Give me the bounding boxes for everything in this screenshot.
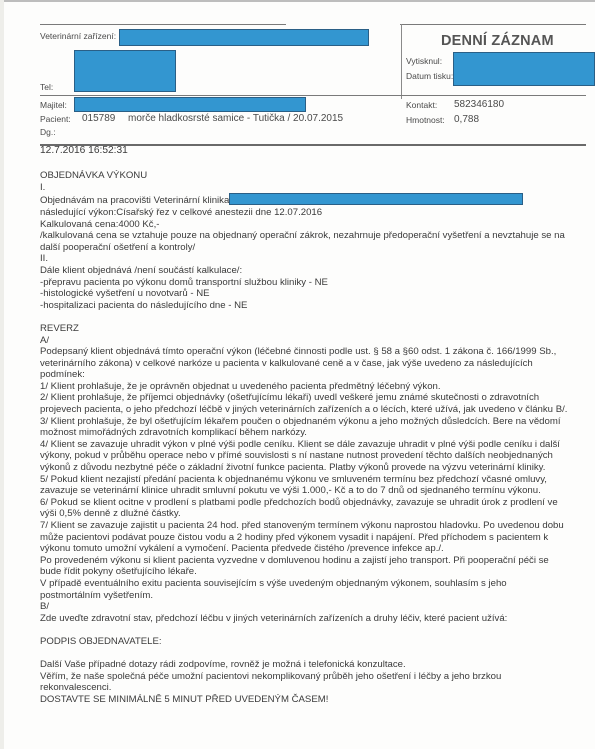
signature-label: PODPIS OBJEDNAVATELE: (40, 636, 570, 648)
owner-redaction (74, 97, 306, 112)
extra-item: -hospitalizaci pacienta do následujícího… (40, 300, 570, 312)
printed-by-label: Vytisknul: (406, 56, 442, 66)
patient-description: morče hladkosrsté samice - Tutička / 20.… (128, 113, 343, 124)
condition-item: V případě eventuálního exitu pacienta so… (40, 578, 570, 601)
closing-line: Věřím, že naše společná péče umožní paci… (40, 671, 570, 694)
vet-facility-redaction (119, 29, 369, 46)
condition-item: 6/ Pokud se klient ocitne v prodlení s p… (40, 497, 570, 520)
clinic-name-redaction (229, 193, 523, 205)
header-top-rule (40, 24, 286, 25)
page-edge (0, 0, 595, 2)
order-line-text: Objednávám na pracovišti Veterinární kli… (40, 195, 229, 206)
procedure-line: následující výkon:Císařský řez v celkové… (40, 207, 570, 219)
order-heading: OBJEDNÁVKA VÝKONU (40, 170, 570, 182)
record-body: 12.7.2016 16:52:31 OBJEDNÁVKA VÝKONU I. … (40, 145, 570, 706)
weight-value: 0,788 (454, 114, 479, 125)
owner-label: Majitel: (40, 100, 67, 110)
dg-label: Dg.: (40, 127, 56, 137)
condition-item: 5/ Pokud klient nezajistí předání pacien… (40, 474, 570, 497)
extra-item: -histologické vyšetření u novotvarů - NE (40, 288, 570, 300)
order-line: Objednávám na pracovišti Veterinární kli… (40, 193, 570, 207)
condition-item: Po provedeném výkonu si klient pacienta … (40, 555, 570, 578)
contact-value: 582346180 (454, 99, 504, 110)
price-note: /kalkulovaná cena se vztahuje pouze na o… (40, 230, 570, 253)
record-timestamp: 12.7.2016 16:52:31 (40, 145, 570, 157)
closing-warning: DOSTAVTE SE MINIMÁLNĚ 5 MINUT PŘED UVEDE… (40, 694, 570, 706)
tel-label: Tel: (40, 82, 53, 92)
document-title: DENNÍ ZÁZNAM (441, 33, 554, 49)
extras-intro: Dále klient objednává /není součástí kal… (40, 265, 570, 277)
header-mid-rule (40, 95, 586, 96)
weight-label: Hmotnost: (406, 115, 445, 125)
price-line: Kalkulovaná cena:4000 Kč,- (40, 219, 570, 231)
condition-item: 2/ Klient prohlašuje, že příjemci objedn… (40, 392, 570, 415)
contact-label: Kontakt: (406, 100, 437, 110)
closing-line: Další Vaše případné dotazy rádi zodpovím… (40, 659, 570, 671)
condition-item: 7/ Klient se zavazuje zajistit u pacient… (40, 520, 570, 555)
header-divider (401, 24, 402, 99)
section-a-marker: A/ (40, 335, 570, 347)
section-2-marker: II. (40, 253, 570, 265)
page-margin (0, 0, 4, 749)
section-1-marker: I. (40, 182, 570, 194)
print-date-label: Datum tisku: (406, 71, 453, 81)
condition-item: 3/ Klient prohlašuje, že byl ošetřujícím… (40, 416, 570, 439)
vet-facility-label: Veterinární zařízení: (40, 31, 116, 41)
print-info-redaction (453, 52, 595, 86)
section-b-marker: B/ (40, 601, 570, 613)
extra-item: -přepravu pacienta po výkonu domů transp… (40, 277, 570, 289)
header-top-rule-right (400, 24, 586, 25)
tel-redaction (74, 50, 176, 92)
reverz-intro: Podepsaný klient objednává tímto operačn… (40, 346, 570, 381)
reverz-heading: REVERZ (40, 323, 570, 335)
patient-id: 015789 (82, 113, 115, 124)
condition-item: 4/ Klient se zavazuje uhradit výkon v pl… (40, 439, 570, 474)
health-prompt: Zde uveďte zdravotní stav, předchozí léč… (40, 613, 570, 625)
condition-item: 1/ Klient prohlašuje, že je oprávněn obj… (40, 381, 570, 393)
patient-label: Pacient: (40, 114, 71, 124)
